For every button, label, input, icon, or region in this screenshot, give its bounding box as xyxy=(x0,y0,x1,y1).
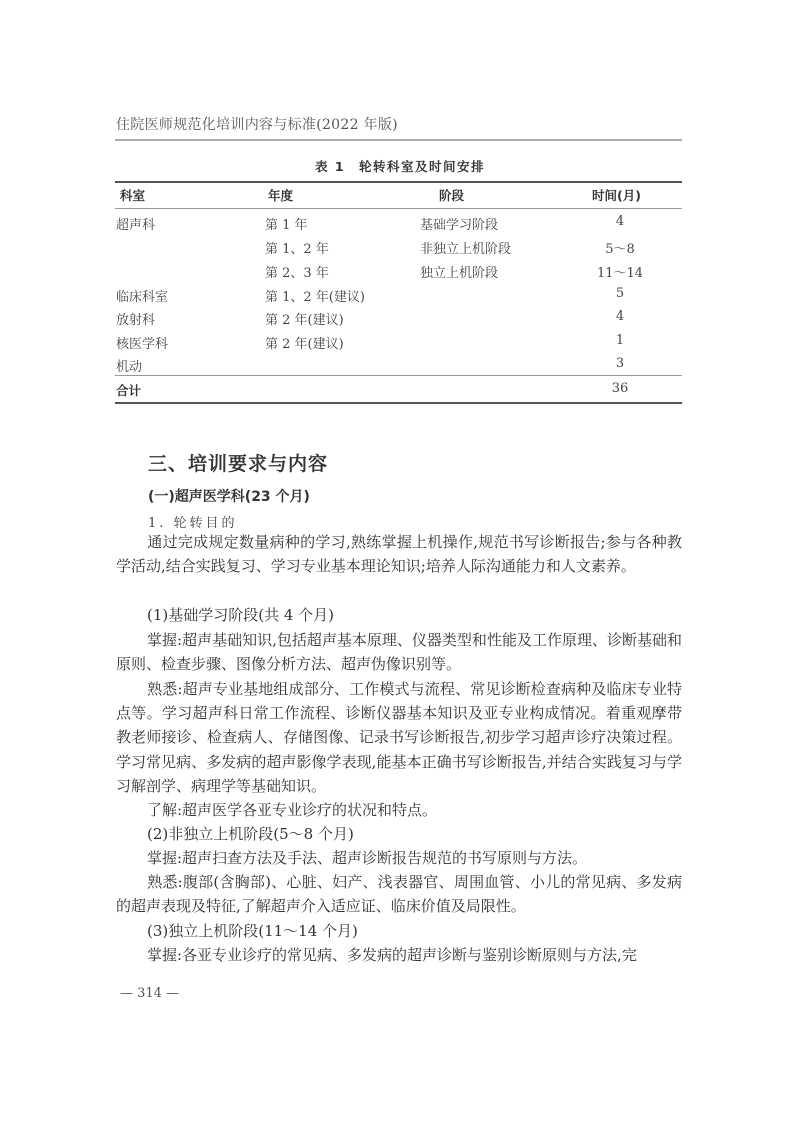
cell-months: 1 xyxy=(590,333,650,348)
paragraph-text: 掌握:超声基础知识,包括超声基本原理、仪器类型和性能及工作原理、诊断基础和原则、… xyxy=(116,631,682,673)
cell-months: 4 xyxy=(590,309,650,324)
paragraph-text: 熟悉:腹部(含胸部)、心脏、妇产、浅表器官、周围血管、小儿的常见病、多发病的超声… xyxy=(116,873,682,915)
paragraph-text: (3)独立上机阶段(11～14 个月) xyxy=(147,922,358,940)
paragraph-familiar-1: 熟悉:超声专业基地组成部分、工作模式与流程、常见诊断检查病种及临床专业特点等。学… xyxy=(116,677,682,798)
paragraph-text: 熟悉:超声专业基地组成部分、工作模式与流程、常见诊断检查病种及临床专业特点等。学… xyxy=(116,680,682,795)
cell-dept: 临床科室 xyxy=(116,286,168,305)
total-months: 36 xyxy=(590,381,650,396)
cell-year: 第 1、2 年(建议) xyxy=(265,286,365,305)
stage-heading-2: (2)非独立上机阶段(5～8 个月) xyxy=(116,822,682,846)
paragraph-understand-1: 了解:超声医学各亚专业诊疗的状况和特点。 xyxy=(116,798,682,822)
stage-heading-1: (1)基础学习阶段(共 4 个月) xyxy=(116,603,682,627)
cell-months: 5 xyxy=(590,286,650,301)
paragraph-text: 掌握:各亚专业诊疗的常见病、多发病的超声诊断与鉴别诊断原则与方法,完 xyxy=(147,946,637,964)
paragraph-familiar-2: 熟悉:腹部(含胸部)、心脏、妇产、浅表器官、周围血管、小儿的常见病、多发病的超声… xyxy=(116,870,682,918)
cell-months: 4 xyxy=(590,214,650,229)
table-bottom-rule xyxy=(115,402,682,404)
cell-year: 第 2、3 年 xyxy=(265,262,329,281)
total-label: 合计 xyxy=(116,381,141,399)
header-year: 年度 xyxy=(268,186,293,204)
paragraph-purpose: 通过完成规定数量病种的学习,熟练掌握上机操作,规范书写诊断报告;参与各种教学活动… xyxy=(116,530,682,578)
cell-months: 5～8 xyxy=(590,238,650,257)
cell-year: 第 2 年(建议) xyxy=(265,333,344,352)
header-rule xyxy=(115,139,682,141)
header-stage: 阶段 xyxy=(439,186,464,204)
paragraph-text: (1)基础学习阶段(共 4 个月) xyxy=(147,606,334,624)
table-title: 表 1 轮转科室及时间安排 xyxy=(0,157,800,175)
cell-stage: 基础学习阶段 xyxy=(420,214,498,233)
header-months: 时间(月) xyxy=(592,186,641,204)
header-dept: 科室 xyxy=(120,186,145,204)
cell-dept: 超声科 xyxy=(116,214,155,233)
page-number: — 314 — xyxy=(120,986,179,1001)
paragraph-text: (2)非独立上机阶段(5～8 个月) xyxy=(147,825,354,843)
cell-year: 第 1、2 年 xyxy=(265,238,329,257)
cell-stage: 独立上机阶段 xyxy=(420,262,498,281)
paragraph-master-3: 掌握:各亚专业诊疗的常见病、多发病的超声诊断与鉴别诊断原则与方法,完 xyxy=(116,943,682,967)
stage-heading-3: (3)独立上机阶段(11～14 个月) xyxy=(116,919,682,943)
cell-dept: 放射科 xyxy=(116,309,155,328)
cell-months: 11～14 xyxy=(590,262,650,281)
paragraph-master-1: 掌握:超声基础知识,包括超声基本原理、仪器类型和性能及工作原理、诊断基础和原则、… xyxy=(116,628,682,676)
cell-stage: 非独立上机阶段 xyxy=(420,238,511,257)
table-header-rule xyxy=(115,208,682,209)
paragraph-text: 了解:超声医学各亚专业诊疗的状况和特点。 xyxy=(147,801,437,819)
paragraph-text: 通过完成规定数量病种的学习,熟练掌握上机操作,规范书写诊断报告;参与各种教学活动… xyxy=(116,533,682,575)
table-total-rule xyxy=(115,375,682,376)
table-top-rule xyxy=(115,181,682,183)
paragraph-master-2: 掌握:超声扫查方法及手法、超声诊断报告规范的书写原则与方法。 xyxy=(116,846,682,870)
paragraph-text: 掌握:超声扫查方法及手法、超声诊断报告规范的书写原则与方法。 xyxy=(147,849,587,867)
cell-dept: 核医学科 xyxy=(116,333,168,352)
section-title: 三、培训要求与内容 xyxy=(148,449,328,476)
cell-months: 3 xyxy=(590,356,650,371)
running-head: 住院医师规范化培训内容与标准(2022 年版) xyxy=(116,114,398,134)
cell-year: 第 1 年 xyxy=(265,214,308,233)
cell-dept: 机动 xyxy=(116,356,142,375)
item-title: 1. 轮转目的 xyxy=(148,512,238,531)
cell-year: 第 2 年(建议) xyxy=(265,309,344,328)
subsection-title: (一)超声医学科(23 个月) xyxy=(148,486,310,506)
